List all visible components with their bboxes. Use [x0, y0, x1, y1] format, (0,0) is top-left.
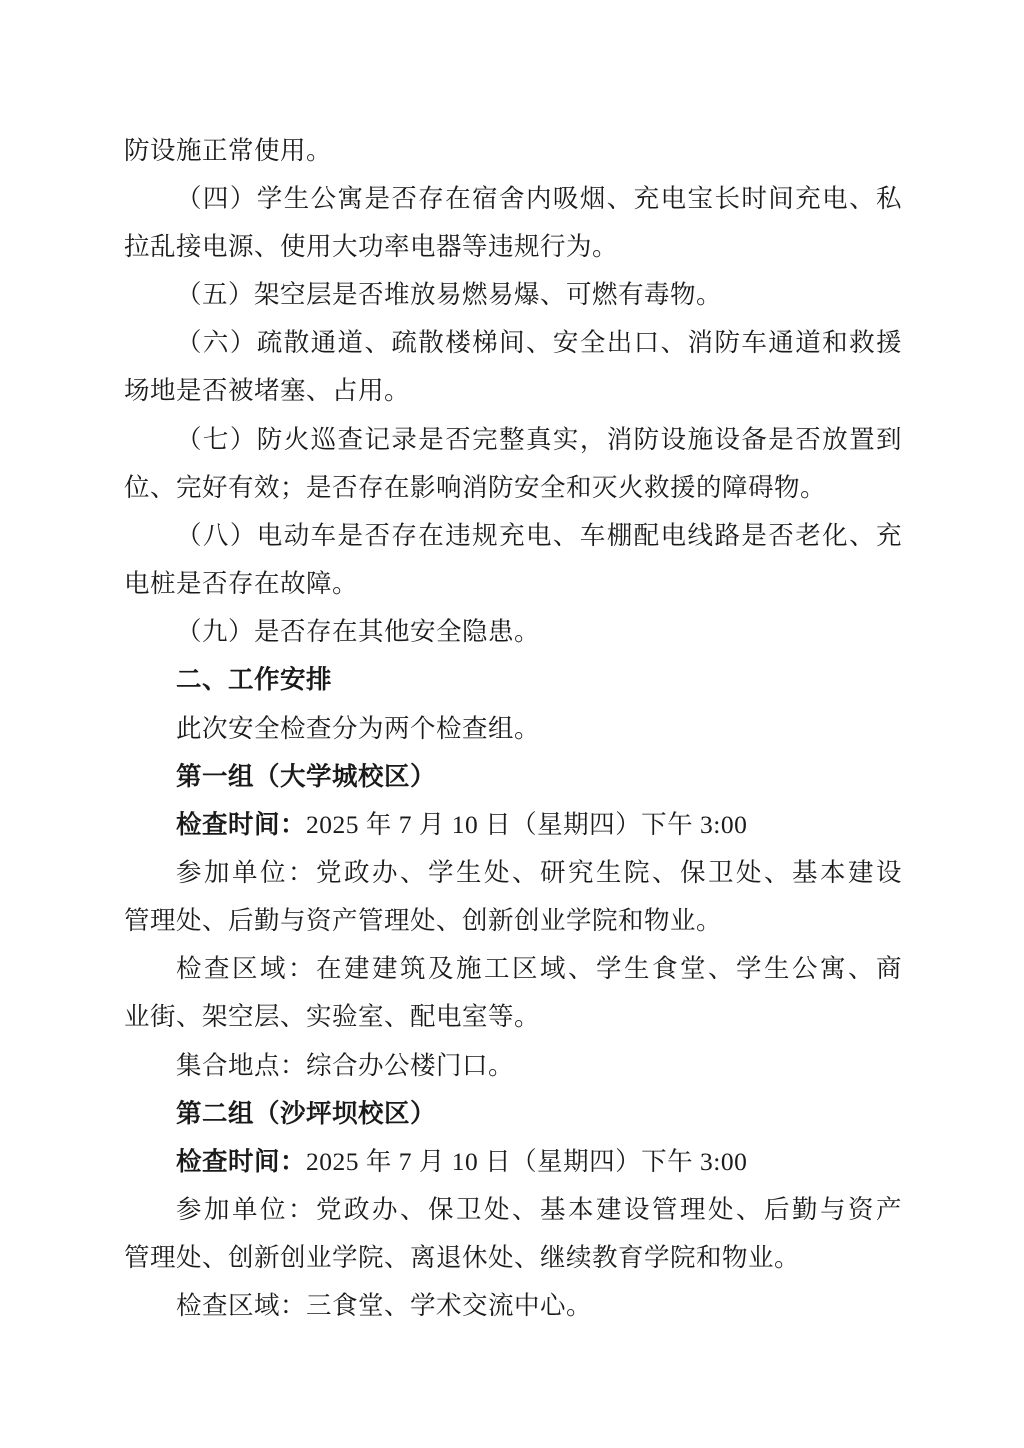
inspection-time-label: 检查时间： [176, 1147, 306, 1177]
paragraph-line: （六）疏散通道、疏散楼梯间、安全出口、消防车通道和救援 [176, 319, 902, 367]
section-heading: 二、工作安排 [176, 656, 332, 704]
paragraph-line: 电桩是否存在故障。 [124, 560, 358, 608]
paragraph-line: 管理处、后勤与资产管理处、创新创业学院和物业。 [124, 897, 722, 945]
paragraph-line: （四）学生公寓是否存在宿舍内吸烟、充电宝长时间充电、私 [176, 175, 902, 223]
paragraph-line: 检查区域：在建建筑及施工区域、学生食堂、学生公寓、商 [176, 945, 902, 993]
paragraph-line: 位、完好有效；是否存在影响消防安全和灭火救援的障碍物。 [124, 464, 826, 512]
paragraph-line: 集合地点：综合办公楼门口。 [176, 1042, 514, 1090]
group-heading: 第二组（沙坪坝校区） [176, 1090, 436, 1138]
paragraph-line: （八）电动车是否存在违规充电、车棚配电线路是否老化、充 [176, 512, 902, 560]
paragraph-line: 参加单位：党政办、保卫处、基本建设管理处、后勤与资产 [176, 1186, 902, 1234]
paragraph-line: 拉乱接电源、使用大功率电器等违规行为。 [124, 223, 618, 271]
inspection-time-label: 检查时间： [176, 810, 306, 840]
paragraph-line: 此次安全检查分为两个检查组。 [176, 705, 540, 753]
paragraph-line: （九）是否存在其他安全隐患。 [176, 608, 540, 656]
paragraph-line: 场地是否被堵塞、占用。 [124, 367, 410, 415]
paragraph-line: 业街、架空层、实验室、配电室等。 [124, 993, 540, 1041]
inspection-time-line: 检查时间：2025 年 7 月 10 日（星期四）下午 3:00 [176, 1138, 747, 1186]
paragraph-line: 防设施正常使用。 [124, 127, 332, 175]
paragraph-line: 参加单位：党政办、学生处、研究生院、保卫处、基本建设 [176, 849, 902, 897]
inspection-time-value: 2025 年 7 月 10 日（星期四）下午 3:00 [306, 810, 747, 839]
paragraph-line: 检查区域：三食堂、学术交流中心。 [176, 1282, 592, 1330]
paragraph-line: 管理处、创新创业学院、离退休处、继续教育学院和物业。 [124, 1234, 800, 1282]
inspection-time-value: 2025 年 7 月 10 日（星期四）下午 3:00 [306, 1147, 747, 1176]
group-heading: 第一组（大学城校区） [176, 753, 436, 801]
paragraph-line: （七）防火巡查记录是否完整真实，消防设施设备是否放置到 [176, 416, 902, 464]
paragraph-line: （五）架空层是否堆放易燃易爆、可燃有毒物。 [176, 271, 722, 319]
inspection-time-line: 检查时间：2025 年 7 月 10 日（星期四）下午 3:00 [176, 801, 747, 849]
